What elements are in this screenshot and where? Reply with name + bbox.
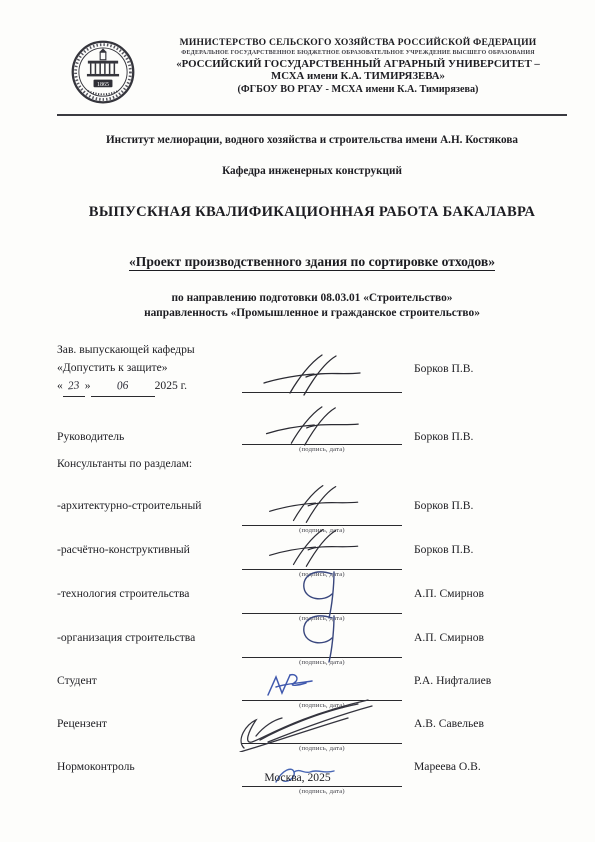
university-logo: 1865 <box>57 36 149 108</box>
approval-date: «23»062025 г. <box>57 377 242 397</box>
signature-line <box>242 569 402 570</box>
signature-area: (подпись, дата) <box>242 417 402 443</box>
university-name-line1: «РОССИЙСКИЙ ГОСУДАРСТВЕННЫЙ АГРАРНЫЙ УНИ… <box>149 58 567 70</box>
signature-row: Нормоконтроль (подпись, дата) Мареева О.… <box>57 747 567 773</box>
row-label: -расчётно-конструктивный <box>57 543 242 556</box>
signature-line <box>242 743 402 744</box>
signature-borkov <box>266 526 376 570</box>
university-name-line2: МСХА имени К.А. ТИМИРЯЗЕВА» <box>149 70 567 82</box>
header-text: МИНИСТЕРСТВО СЕЛЬСКОГО ХОЗЯЙСТВА РОССИЙС… <box>149 36 567 95</box>
signature-line <box>242 444 402 445</box>
university-short-name: (ФГБОУ ВО РГАУ - МСХА имени К.А. Тимиряз… <box>149 84 567 95</box>
consultants-heading: Консультанты по разделам: <box>57 457 567 470</box>
signature-borkov <box>260 405 380 447</box>
signature-line <box>242 657 402 658</box>
approval-labels: Зав. выпускающей кафедры «Допустить к за… <box>57 341 242 397</box>
row-name: Борков П.В. <box>402 543 567 556</box>
signature-row: Руководитель (подпись, дата) Борков П.В. <box>57 417 567 443</box>
approval-line2: «Допустить к защите» <box>57 359 242 377</box>
row-name: А.П. Смирнов <box>402 587 567 600</box>
signature-caption: (подпись, дата) <box>242 788 402 795</box>
program-profile: направленность «Промышленное и гражданск… <box>57 306 567 321</box>
signature-borkov <box>266 482 376 526</box>
signature-line <box>242 392 402 393</box>
signature-caption: (подпись, дата) <box>242 446 402 453</box>
signature-line <box>242 786 402 787</box>
row-name: А.П. Смирнов <box>402 631 567 644</box>
city-year: Москва, 2025 <box>0 771 595 784</box>
signature-row: Студент (подпись, дата) Р.А. Нифталиев <box>57 661 567 687</box>
row-name: Борков П.В. <box>402 430 567 443</box>
thesis-title: «Проект производственного здания по сорт… <box>57 254 567 270</box>
signature-area: (подпись, дата) <box>242 661 402 687</box>
approval-line1: Зав. выпускающей кафедры <box>57 341 242 359</box>
handwritten-day: 23 <box>67 378 80 397</box>
program-info: по направлению подготовки 08.03.01 «Стро… <box>57 291 567 321</box>
signature-area: (подпись, дата) <box>242 747 402 773</box>
row-label: -технология строительства <box>57 587 242 600</box>
institute-name: Институт мелиорации, водного хозяйства и… <box>57 134 567 146</box>
signature-area: (подпись, дата) <box>242 618 402 644</box>
signature-area: (подпись, дата) <box>242 530 402 556</box>
header-divider <box>57 114 567 116</box>
row-label: -архитектурно-строительный <box>57 499 242 512</box>
approval-row: Зав. выпускающей кафедры «Допустить к за… <box>57 341 567 397</box>
title-page: 1865 МИНИСТЕРСТВО СЕЛЬСКОГО ХОЗЯЙСТВА РО… <box>0 0 595 842</box>
row-name: А.В. Савельев <box>402 717 567 730</box>
signature-row: -архитектурно-строительный (подпись, дат… <box>57 486 567 512</box>
signature-niftaliev <box>266 671 336 701</box>
page-header: 1865 МИНИСТЕРСТВО СЕЛЬСКОГО ХОЗЯЙСТВА РО… <box>57 36 567 108</box>
signature-line <box>242 700 402 701</box>
approval-year: 2025 г. <box>155 379 187 392</box>
ministry-line: МИНИСТЕРСТВО СЕЛЬСКОГО ХОЗЯЙСТВА РОССИЙС… <box>149 38 567 49</box>
row-label: Руководитель <box>57 430 242 443</box>
approval-signature-area <box>242 341 402 397</box>
emblem-year: 1865 <box>97 82 109 88</box>
row-name: Борков П.В. <box>402 499 567 512</box>
approval-name: Борков П.В. <box>402 341 567 397</box>
signature-borkov <box>260 353 380 397</box>
signature-row: -расчётно-конструктивный (подпись, дата)… <box>57 530 567 556</box>
signature-line <box>242 525 402 526</box>
program-direction: по направлению подготовки 08.03.01 «Стро… <box>57 291 567 306</box>
signature-row: Рецензент (подпись, дата) А.В. Савельев <box>57 704 567 730</box>
signature-area: (подпись, дата) <box>242 574 402 600</box>
row-name: Р.А. Нифталиев <box>402 674 567 687</box>
signature-area: (подпись, дата) <box>242 486 402 512</box>
row-label: -организация строительства <box>57 631 242 644</box>
signature-row: -организация строительства (подпись, дат… <box>57 618 567 644</box>
org-type-line: ФЕДЕРАЛЬНОЕ ГОСУДАРСТВЕННОЕ БЮДЖЕТНОЕ ОБ… <box>149 50 567 57</box>
signature-line <box>242 613 402 614</box>
university-emblem-icon: 1865 <box>65 38 141 108</box>
signature-block: Зав. выпускающей кафедры «Допустить к за… <box>57 341 567 773</box>
row-label: Студент <box>57 674 242 687</box>
work-type-title: ВЫПУСКНАЯ КВАЛИФИКАЦИОННАЯ РАБОТА БАКАЛА… <box>57 204 567 221</box>
row-label: Рецензент <box>57 717 242 730</box>
department-name: Кафедра инженерных конструкций <box>57 165 567 177</box>
signature-area: (подпись, дата) <box>242 704 402 730</box>
signature-row: -технология строительства (подпись, дата… <box>57 574 567 600</box>
handwritten-month: 06 <box>116 378 129 397</box>
